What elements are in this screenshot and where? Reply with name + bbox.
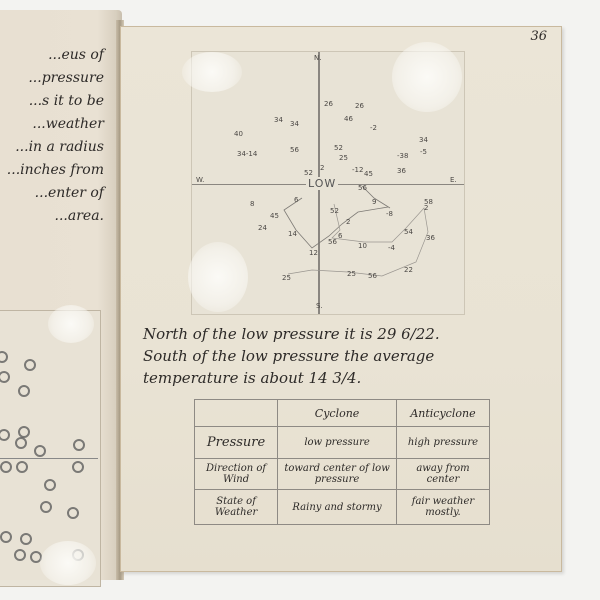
map-reading: 46 <box>344 115 353 123</box>
pasted-station-chart <box>0 310 101 587</box>
map-reading: 40 <box>234 130 243 138</box>
left-text-line: ...in a radius <box>0 136 118 159</box>
open-notebook: ...eus of ...pressure ...s it to be ...w… <box>0 0 600 600</box>
map-reading: 56 <box>290 146 299 154</box>
station-circle <box>0 351 8 363</box>
header-cell <box>195 400 278 427</box>
glue-spot <box>188 242 248 312</box>
left-text-line: ...eus of <box>0 44 118 67</box>
map-reading: 34 <box>419 136 428 144</box>
page-number: 36 <box>530 29 547 44</box>
map-reading: 10 <box>358 242 367 250</box>
map-reading: 6 <box>338 232 342 240</box>
station-circle <box>0 429 10 441</box>
map-reading: 52 <box>330 207 339 215</box>
map-reading: -4 <box>388 244 395 252</box>
chart-axis <box>0 458 98 459</box>
station-circle <box>0 531 12 543</box>
map-reading: 2 <box>346 218 350 226</box>
station-circle <box>15 437 27 449</box>
station-circle <box>14 549 26 561</box>
table-header-row: Cyclone Anticyclone <box>195 400 490 427</box>
cyclone-cell: Rainy and stormy <box>278 490 397 525</box>
left-text-line: ...weather <box>0 113 118 136</box>
compass-north: N. <box>314 54 321 62</box>
note-line-3: temperature is about 14 3/4. <box>143 367 543 389</box>
map-reading: 34 <box>290 120 299 128</box>
glue-spot <box>392 42 462 112</box>
map-reading: 36 <box>426 234 435 242</box>
compass-west: W. <box>196 176 204 184</box>
cyclone-cell: toward center of low pressure <box>278 459 397 490</box>
anticyclone-cell: high pressure <box>396 427 489 459</box>
compass-east: E. <box>450 176 457 184</box>
station-circle <box>44 479 56 491</box>
map-reading: 25 <box>347 270 356 278</box>
compass-south: S. <box>316 302 323 310</box>
station-circle <box>0 461 12 473</box>
map-reading: 26 <box>355 102 364 110</box>
station-circle <box>72 461 84 473</box>
row-label: Direction of Wind <box>195 459 278 490</box>
map-reading: 34 <box>274 116 283 124</box>
header-cell: Anticyclone <box>396 400 489 427</box>
map-reading: 52 <box>304 169 313 177</box>
station-circle <box>0 371 10 383</box>
row-label: Pressure <box>195 427 278 459</box>
map-reading: -2 <box>370 124 377 132</box>
map-reading: 2 <box>424 204 428 212</box>
glue-spot <box>48 305 94 343</box>
map-reading: 26 <box>324 100 333 108</box>
left-text-line: ...s it to be <box>0 90 118 113</box>
anticyclone-cell: away from center <box>396 459 489 490</box>
note-line-2: South of the low pressure the average <box>143 345 543 367</box>
map-reading: 45 <box>270 212 279 220</box>
left-text-line: ...enter of <box>0 182 118 205</box>
map-reading: 25 <box>339 154 348 162</box>
right-page: 36 N. W. E. S. LOW 34344034-1456262646-2… <box>120 26 562 572</box>
left-text-line: ...inches from <box>0 159 118 182</box>
left-text-line: ...pressure <box>0 67 118 90</box>
map-reading: 52 <box>334 144 343 152</box>
glue-spot <box>40 541 96 585</box>
station-circle <box>34 445 46 457</box>
table-row: Pressure low pressure high pressure <box>195 427 490 459</box>
map-reading: 54 <box>404 228 413 236</box>
map-reading: 2 <box>320 164 324 172</box>
note-line-1: North of the low pressure it is 29 6/22. <box>143 323 543 345</box>
station-circle <box>20 533 32 545</box>
map-reading: 34-14 <box>237 150 257 158</box>
map-reading: 25 <box>282 274 291 282</box>
map-reading: 14 <box>288 230 297 238</box>
left-page: ...eus of ...pressure ...s it to be ...w… <box>0 10 122 580</box>
map-reading: 56 <box>328 238 337 246</box>
map-reading: 45 <box>364 170 373 178</box>
map-reading: 12 <box>309 249 318 257</box>
map-reading: 24 <box>258 224 267 232</box>
station-circle <box>40 501 52 513</box>
station-circle <box>16 461 28 473</box>
map-reading: 36 <box>397 167 406 175</box>
notes: North of the low pressure it is 29 6/22.… <box>143 323 543 389</box>
map-reading: 9 <box>372 198 376 206</box>
weather-map: N. W. E. S. LOW 34344034-1456262646-2522… <box>191 51 465 315</box>
header-cell: Cyclone <box>278 400 397 427</box>
map-reading: 6 <box>294 196 298 204</box>
table-row: State of Weather Rainy and stormy fair w… <box>195 490 490 525</box>
table-row: Direction of Wind toward center of low p… <box>195 459 490 490</box>
cyclone-comparison-table: Cyclone Anticyclone Pressure low pressur… <box>194 399 490 525</box>
station-circle <box>67 507 79 519</box>
map-reading: 56 <box>368 272 377 280</box>
map-reading: 56 <box>358 184 367 192</box>
glue-spot <box>182 52 242 92</box>
station-circle <box>24 359 36 371</box>
row-label: State of Weather <box>195 490 278 525</box>
low-pressure-label: LOW <box>306 177 338 190</box>
station-circle <box>18 385 30 397</box>
map-reading: -38 <box>397 152 408 160</box>
anticyclone-cell: fair weather mostly. <box>396 490 489 525</box>
map-reading: 8 <box>250 200 254 208</box>
map-reading: -12 <box>352 166 363 174</box>
left-page-text: ...eus of ...pressure ...s it to be ...w… <box>0 44 118 228</box>
left-text-line: ...area. <box>0 205 118 228</box>
map-reading: -5 <box>420 148 427 156</box>
map-reading: -8 <box>386 210 393 218</box>
map-reading: 22 <box>404 266 413 274</box>
cyclone-cell: low pressure <box>278 427 397 459</box>
station-circle <box>73 439 85 451</box>
